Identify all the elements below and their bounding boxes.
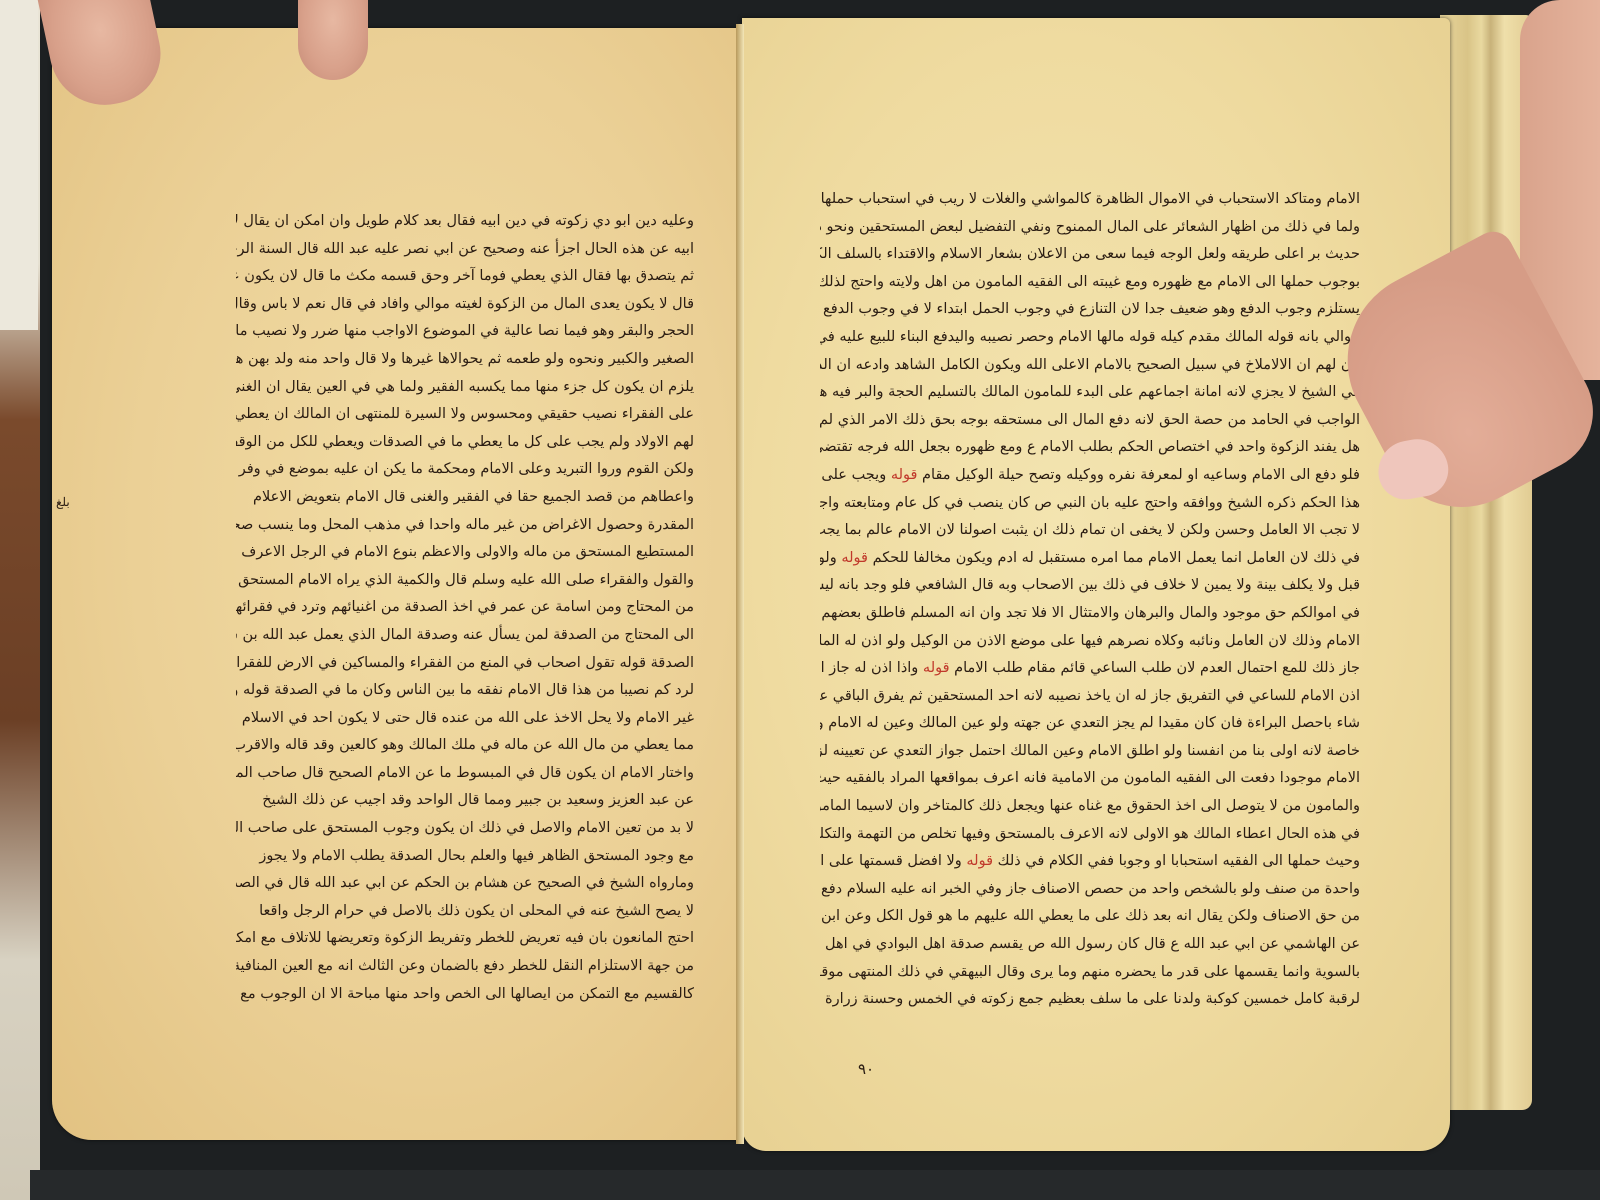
manuscript-line: من حق الاصناف ولكن يقال انه بعد ذلك على … bbox=[820, 903, 1360, 931]
margin-note: بلغ bbox=[56, 495, 70, 509]
manuscript-line: لا يصح الشيخ عنه في المحلى ان يكون ذلك ب… bbox=[236, 898, 694, 926]
manuscript-line: لرقبة كامل خمسين كوكبة ولدنا على ما سلف … bbox=[820, 986, 1360, 1014]
manuscript-line: في الشيخ لا يجزي لانه امانة اجماعهم على … bbox=[820, 379, 1360, 407]
manuscript-line: الحجر والبقر وهو فيما نصا عالية في الموض… bbox=[236, 318, 694, 346]
manuscript-line: والمامون من لا يتوصل الى اخذ الحقوق مع غ… bbox=[820, 793, 1360, 821]
manuscript-line: المستطيع المستحق من ماله والاولى والاعظم… bbox=[236, 539, 694, 567]
manuscript-line: يلزم ان يكون كل جزء منها مما يكسبه الفقي… bbox=[236, 374, 694, 402]
manuscript-line: في اموالكم حق موجود والمال والبرهان والا… bbox=[820, 600, 1360, 628]
manuscript-line: الصغير والكبير ونحوه ولو طعمه ثم يحوالاه… bbox=[236, 346, 694, 374]
right-page-text: الامام ومتاكد الاستحباب في الاموال الظاه… bbox=[820, 186, 1360, 1014]
rubric-word: قوله bbox=[966, 853, 993, 869]
page-edges-stack bbox=[1440, 15, 1532, 1110]
manuscript-line: الصدقة قوله تقول اصحاب في المنع من الفقر… bbox=[236, 650, 694, 678]
manuscript-line: الامام وذلك لان العامل ونائبه وكلاه نصره… bbox=[820, 628, 1360, 656]
manuscript-line: بان لهم ان الالاملاخ في سبيل الصحيح بالا… bbox=[820, 352, 1360, 380]
manuscript-line: الى المحتاج من الصدقة لمن يسأل عنه وصدقة… bbox=[236, 622, 694, 650]
manuscript-line: واختار الامام ان يكون قال في المبسوط ما … bbox=[236, 760, 694, 788]
manuscript-line: شاء باحصل البراءة فان كان مقيدا لم يجز ا… bbox=[820, 710, 1360, 738]
manuscript-line: الوالي بانه قوله المالك مقدم كيله قوله م… bbox=[820, 324, 1360, 352]
book-gutter bbox=[736, 24, 744, 1144]
manuscript-line: الامام ومتاكد الاستحباب في الاموال الظاه… bbox=[820, 186, 1360, 214]
manuscript-line: يستلزم وجوب الدفع وهو ضعيف جدا لان التنا… bbox=[820, 296, 1360, 324]
manuscript-line: على الفقراء نصيب حقيقي ومحسوس ولا السيرة… bbox=[236, 401, 694, 429]
manuscript-line: عن الهاشمي عن ابي عبد الله ع قال كان رسو… bbox=[820, 931, 1360, 959]
manuscript-line: عن عبد العزيز وسعيد بن جبير ومما قال الو… bbox=[236, 787, 694, 815]
manuscript-line: لا بد من تعين الامام والاصل في ذلك ان يك… bbox=[236, 815, 694, 843]
folio-number: ٩٠ bbox=[858, 1060, 874, 1078]
left-page-text: وعليه دين ابو دي زكوته في دين ابيه فقال … bbox=[236, 208, 694, 1008]
manuscript-line: بالسوية وانما يقسمها على قدر ما يحضره من… bbox=[820, 959, 1360, 987]
manuscript-line: بوجوب حملها الى الامام مع ظهوره ومع غيبت… bbox=[820, 269, 1360, 297]
rubric-word: قوله bbox=[841, 550, 868, 566]
manuscript-line: والقول والفقراء صلى الله عليه وسلم قال و… bbox=[236, 567, 694, 595]
manuscript-line: غير الامام ولا يحل الاخذ على الله من عند… bbox=[236, 705, 694, 733]
manuscript-line: احتج المانعون بان فيه تعريض للخطر وتفريط… bbox=[236, 925, 694, 953]
handwritten-note-paper bbox=[0, 0, 38, 330]
manuscript-line: لهم الاولاد ولم يجب على كل ما يعطي ما في… bbox=[236, 429, 694, 457]
manuscript-line: في هذه الحال اعطاء المالك هو الاولى لانه… bbox=[820, 821, 1360, 849]
manuscript-line: قال لا يكون يعدى المال من الزكوة لغيته م… bbox=[236, 291, 694, 319]
manuscript-line: الامام موجودا دفعت الى الفقيه المامون من… bbox=[820, 765, 1360, 793]
manuscript-line: هذا الحكم ذكره الشيخ ووافقه واحتج عليه ب… bbox=[820, 490, 1360, 518]
manuscript-line: هل يفند الزكوة واحد في اختصاص الحكم بطلب… bbox=[820, 434, 1360, 462]
manuscript-line: ابيه عن هذه الحال اجزأ عنه وصحيح عن ابي … bbox=[236, 236, 694, 264]
manuscript-line: حديث بر اعلى طريقه ولعل الوجه فيما سعى م… bbox=[820, 241, 1360, 269]
manuscript-line: اذن الامام للساعي في التفريق جاز له ان ي… bbox=[820, 683, 1360, 711]
manuscript-line: المقدرة وحصول الاغراض من غير ماله واحدا … bbox=[236, 512, 694, 540]
second-finger-holding-page bbox=[298, 0, 368, 80]
manuscript-line: ولما في ذلك من اظهار الشعائر على المال ا… bbox=[820, 214, 1360, 242]
rubric-word: قوله bbox=[923, 660, 950, 676]
manuscript-line: مع وجود المستحق الظاهر فيها والعلم بحال … bbox=[236, 843, 694, 871]
manuscript-line: مما يعطي من مال الله عن ماله في ملك الما… bbox=[236, 732, 694, 760]
manuscript-line: لرد كم نصيبا من هذا قال الامام نفقه ما ب… bbox=[236, 677, 694, 705]
manuscript-line: جاز ذلك للمع احتمال العدم لان طلب الساعي… bbox=[820, 655, 1360, 683]
manuscript-line: ومارواه الشيخ في الصحيح عن هشام بن الحكم… bbox=[236, 870, 694, 898]
manuscript-line: الواجب في الحامد من حصة الحق لانه دفع ال… bbox=[820, 407, 1360, 435]
manuscript-line: ثم يتصدق بها فقال الذي يعطي فوما آخر وحق… bbox=[236, 263, 694, 291]
manuscript-line: وحيث حملها الى الفقيه استحبابا او وجوبا … bbox=[820, 848, 1360, 876]
manuscript-line: وعليه دين ابو دي زكوته في دين ابيه فقال … bbox=[236, 208, 694, 236]
manuscript-line: قبل ولا يكلف بينة ولا يمين لا خلاف في ذل… bbox=[820, 572, 1360, 600]
cradle-base bbox=[30, 1170, 1600, 1200]
manuscript-line: واحدة من صنف ولو بالشخص واحد من حصص الاص… bbox=[820, 876, 1360, 904]
manuscript-line: واعطاهم من قصد الجميع حقا في الفقير والغ… bbox=[236, 484, 694, 512]
manuscript-line: لا تجب الا العامل وحسن ولكن لا يخفى ان ت… bbox=[820, 517, 1360, 545]
manuscript-line: من المحتاج ومن اسامة عن عمر في اخذ الصدق… bbox=[236, 594, 694, 622]
rubric-word: قوله bbox=[891, 467, 918, 483]
manuscript-line: خاصة لانه اولى بنا من انفسنا ولو اطلق ال… bbox=[820, 738, 1360, 766]
manuscript-line: ولكن القوم وروا التبريد وعلى الامام ومحك… bbox=[236, 456, 694, 484]
manuscript-line: في ذلك لان العامل انما يعمل الامام مما ا… bbox=[820, 545, 1360, 573]
manuscript-line: فلو دفع الى الامام وساعيه او لمعرفة نفره… bbox=[820, 462, 1360, 490]
manuscript-line: من جهة الاستلزام النقل للخطر دفع بالضمان… bbox=[236, 953, 694, 981]
manuscript-line: كالقسيم مع التمكن من ايصالها الى الخص وا… bbox=[236, 981, 694, 1009]
